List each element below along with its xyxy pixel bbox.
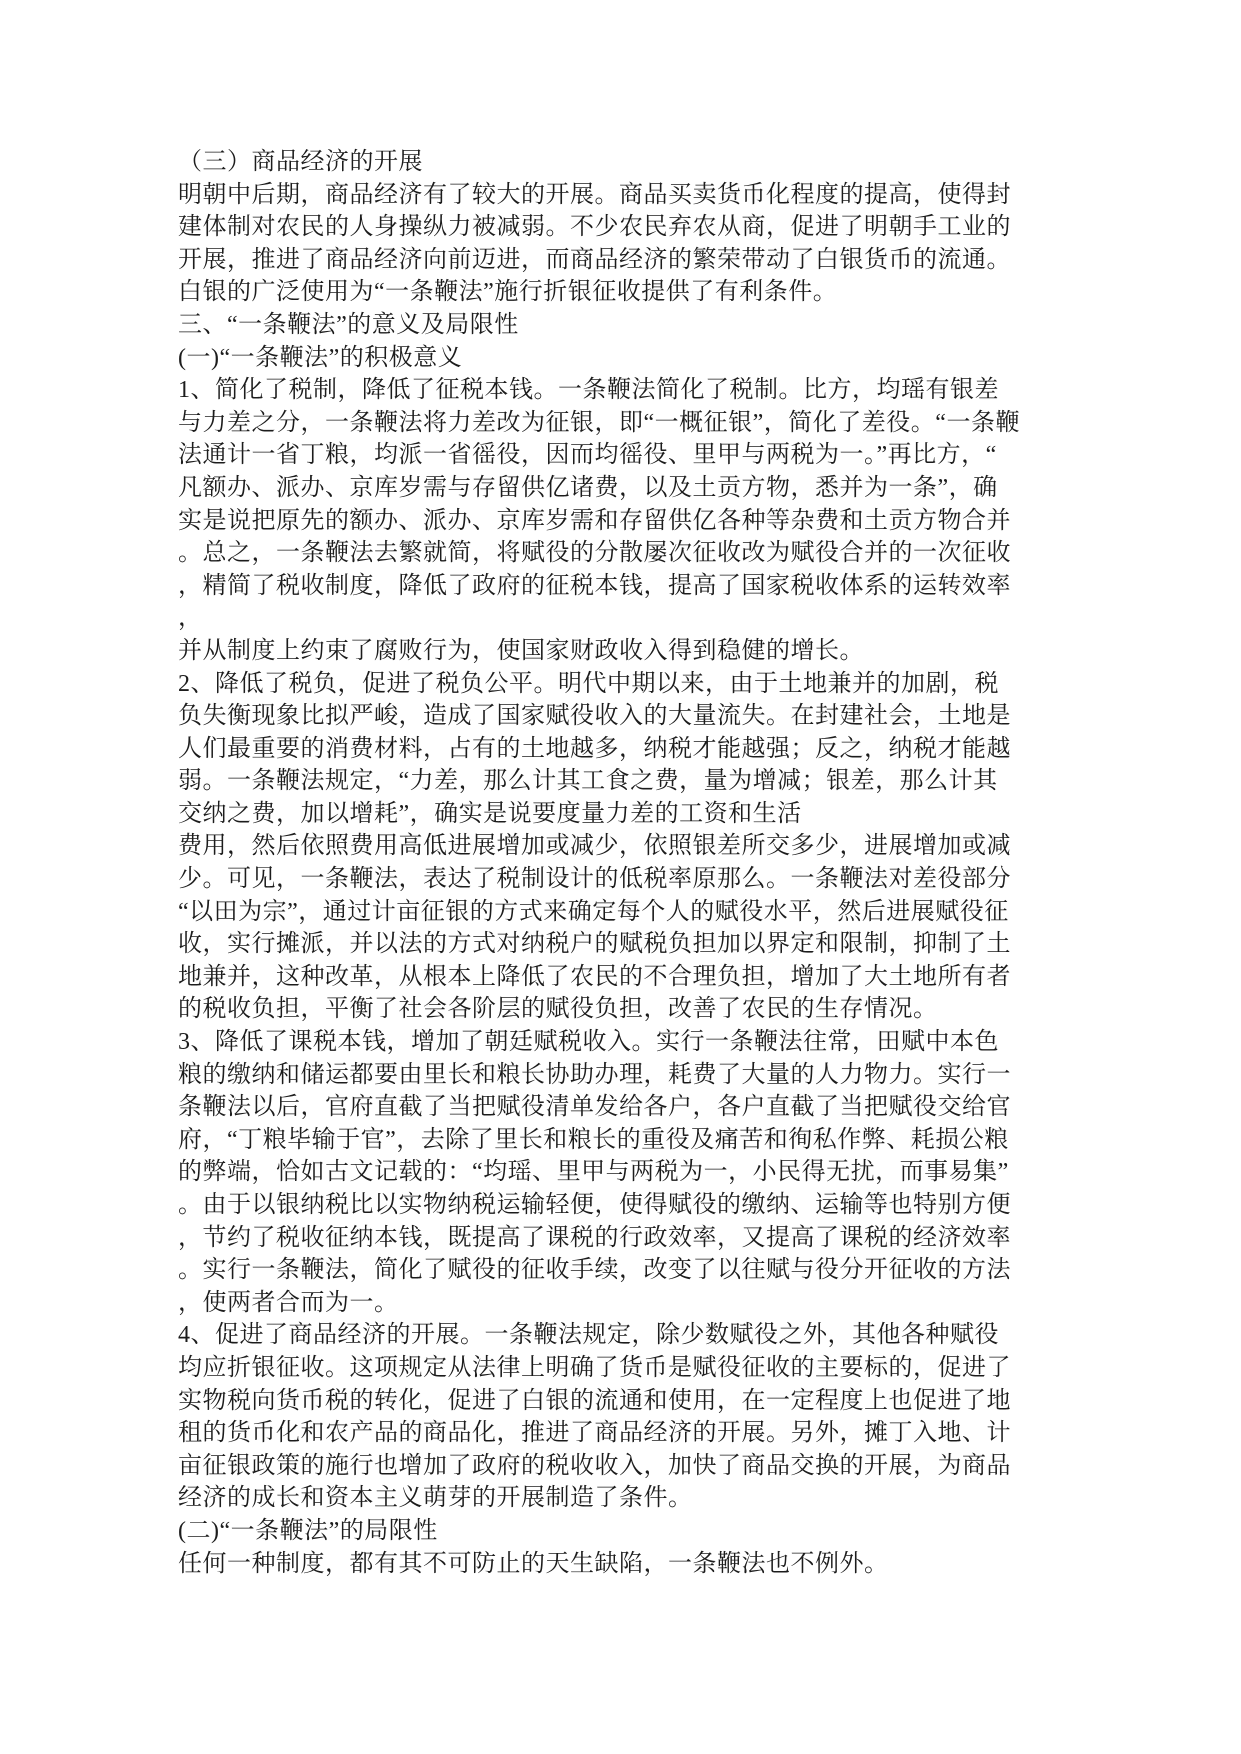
text-line: 负失衡现象比拟严峻，造成了国家赋役收入的大量流失。在封建社会，土地是 (178, 700, 1078, 733)
text-line: 的税收负担，平衡了社会各阶层的赋役负担，改善了农民的生存情况。 (178, 993, 1078, 1026)
text-line: 开展，推进了商品经济向前迈进，而商品经济的繁荣带动了白银货币的流通。 (178, 244, 1078, 277)
text-line: 经济的成长和资本主义萌芽的开展制造了条件。 (178, 1482, 1078, 1515)
text-line: 人们最重要的消费材料，占有的土地越多，纳税才能越强；反之，纳税才能越 (178, 733, 1078, 766)
text-line: 建体制对农民的人身操纵力被减弱。不少农民弃农从商，促进了明朝手工业的 (178, 211, 1078, 244)
text-line: 实物税向货币税的转化，促进了白银的流通和使用，在一定程度上也促进了地 (178, 1385, 1078, 1418)
text-line: 收，实行摊派，并以法的方式对纳税户的赋税负担加以界定和限制，抑制了土 (178, 928, 1078, 961)
text-line: 并从制度上约束了腐败行为，使国家财政收入得到稳健的增长。 (178, 635, 1078, 668)
text-line: ， (178, 602, 1078, 635)
text-line: 2、降低了税负，促进了税负公平。明代中期以来，由于土地兼并的加剧，税 (178, 668, 1078, 701)
text-line: 4、促进了商品经济的开展。一条鞭法规定，除少数赋役之外，其他各种赋役 (178, 1319, 1078, 1352)
text-line: 3、降低了课税本钱，增加了朝廷赋税收入。实行一条鞭法往常，田赋中本色 (178, 1026, 1078, 1059)
text-line: 。由于以银纳税比以实物纳税运输轻便，使得赋役的缴纳、运输等也特别方便 (178, 1189, 1078, 1222)
text-line: 条鞭法以后，官府直截了当把赋役清单发给各户，各户直截了当把赋役交给官 (178, 1091, 1078, 1124)
text-line: 实是说把原先的额办、派办、京库岁需和存留供亿各种等杂费和土贡方物合并 (178, 505, 1078, 538)
document-page: （三）商品经济的开展 明朝中后期，商品经济有了较大的开展。商品买卖货币化程度的提… (0, 0, 1241, 1754)
text-line: ，使两者合而为一。 (178, 1287, 1078, 1320)
text-line: 地兼并，这种改革，从根本上降低了农民的不合理负担，增加了大土地所有者 (178, 961, 1078, 994)
text-line: (一)“一条鞭法”的积极意义 (178, 342, 1078, 375)
text-line: 1、简化了税制，降低了征税本钱。一条鞭法简化了税制。比方，均瑶有银差 (178, 374, 1078, 407)
text-line: 粮的缴纳和储运都要由里长和粮长协助办理，耗费了大量的人力物力。实行一 (178, 1059, 1078, 1092)
text-line: 的弊端，恰如古文记载的：“均瑶、里甲与两税为一，小民得无扰，而事易集” (178, 1156, 1078, 1189)
text-line: ，节约了税收征纳本钱，既提高了课税的行政效率，又提高了课税的经济效率 (178, 1222, 1078, 1255)
text-line: 亩征银政策的施行也增加了政府的税收收入，加快了商品交换的开展，为商品 (178, 1450, 1078, 1483)
text-line: 费用，然后依照费用高低进展增加或减少，依照银差所交多少，进展增加或减 (178, 830, 1078, 863)
text-line: 三、“一条鞭法”的意义及局限性 (178, 309, 1078, 342)
text-line: 凡额办、派办、京库岁需与存留供亿诸费，以及土贡方物，悉并为一条”，确 (178, 472, 1078, 505)
text-line: 均应折银征收。这项规定从法律上明确了货币是赋役征收的主要标的，促进了 (178, 1352, 1078, 1385)
text-line: 弱。一条鞭法规定，“力差，那么计其工食之费，量为增减；银差，那么计其 (178, 765, 1078, 798)
text-line: 。总之，一条鞭法去繁就简，将赋役的分散屡次征收改为赋役合并的一次征收 (178, 537, 1078, 570)
text-line: 法通计一省丁粮，均派一省徭役，因而均徭役、里甲与两税为一。”再比方，“ (178, 439, 1078, 472)
document-text-block: （三）商品经济的开展 明朝中后期，商品经济有了较大的开展。商品买卖货币化程度的提… (178, 146, 1078, 1580)
text-line: 任何一种制度，都有其不可防止的天生缺陷，一条鞭法也不例外。 (178, 1548, 1078, 1581)
text-line: (二)“一条鞭法”的局限性 (178, 1515, 1078, 1548)
text-line: （三）商品经济的开展 (178, 146, 1078, 179)
text-line: 租的货币化和农产品的商品化，推进了商品经济的开展。另外，摊丁入地、计 (178, 1417, 1078, 1450)
text-line: 交纳之费，加以增耗”，确实是说要度量力差的工资和生活 (178, 798, 1078, 831)
text-line: ，精简了税收制度，降低了政府的征税本钱，提高了国家税收体系的运转效率 (178, 570, 1078, 603)
text-line: 府，“丁粮毕输于官”，去除了里长和粮长的重役及痛苦和徇私作弊、耗损公粮 (178, 1124, 1078, 1157)
text-line: “以田为宗”，通过计亩征银的方式来确定每个人的赋役水平，然后进展赋役征 (178, 896, 1078, 929)
text-line: 明朝中后期，商品经济有了较大的开展。商品买卖货币化程度的提高，使得封 (178, 179, 1078, 212)
text-line: 与力差之分，一条鞭法将力差改为征银，即“一概征银”，简化了差役。“一条鞭 (178, 407, 1078, 440)
text-line: 白银的广泛使用为“一条鞭法”施行折银征收提供了有利条件。 (178, 276, 1078, 309)
text-line: 少。可见，一条鞭法，表达了税制设计的低税率原那么。一条鞭法对差役部分 (178, 863, 1078, 896)
text-line: 。实行一条鞭法，简化了赋役的征收手续，改变了以往赋与役分开征收的方法 (178, 1254, 1078, 1287)
